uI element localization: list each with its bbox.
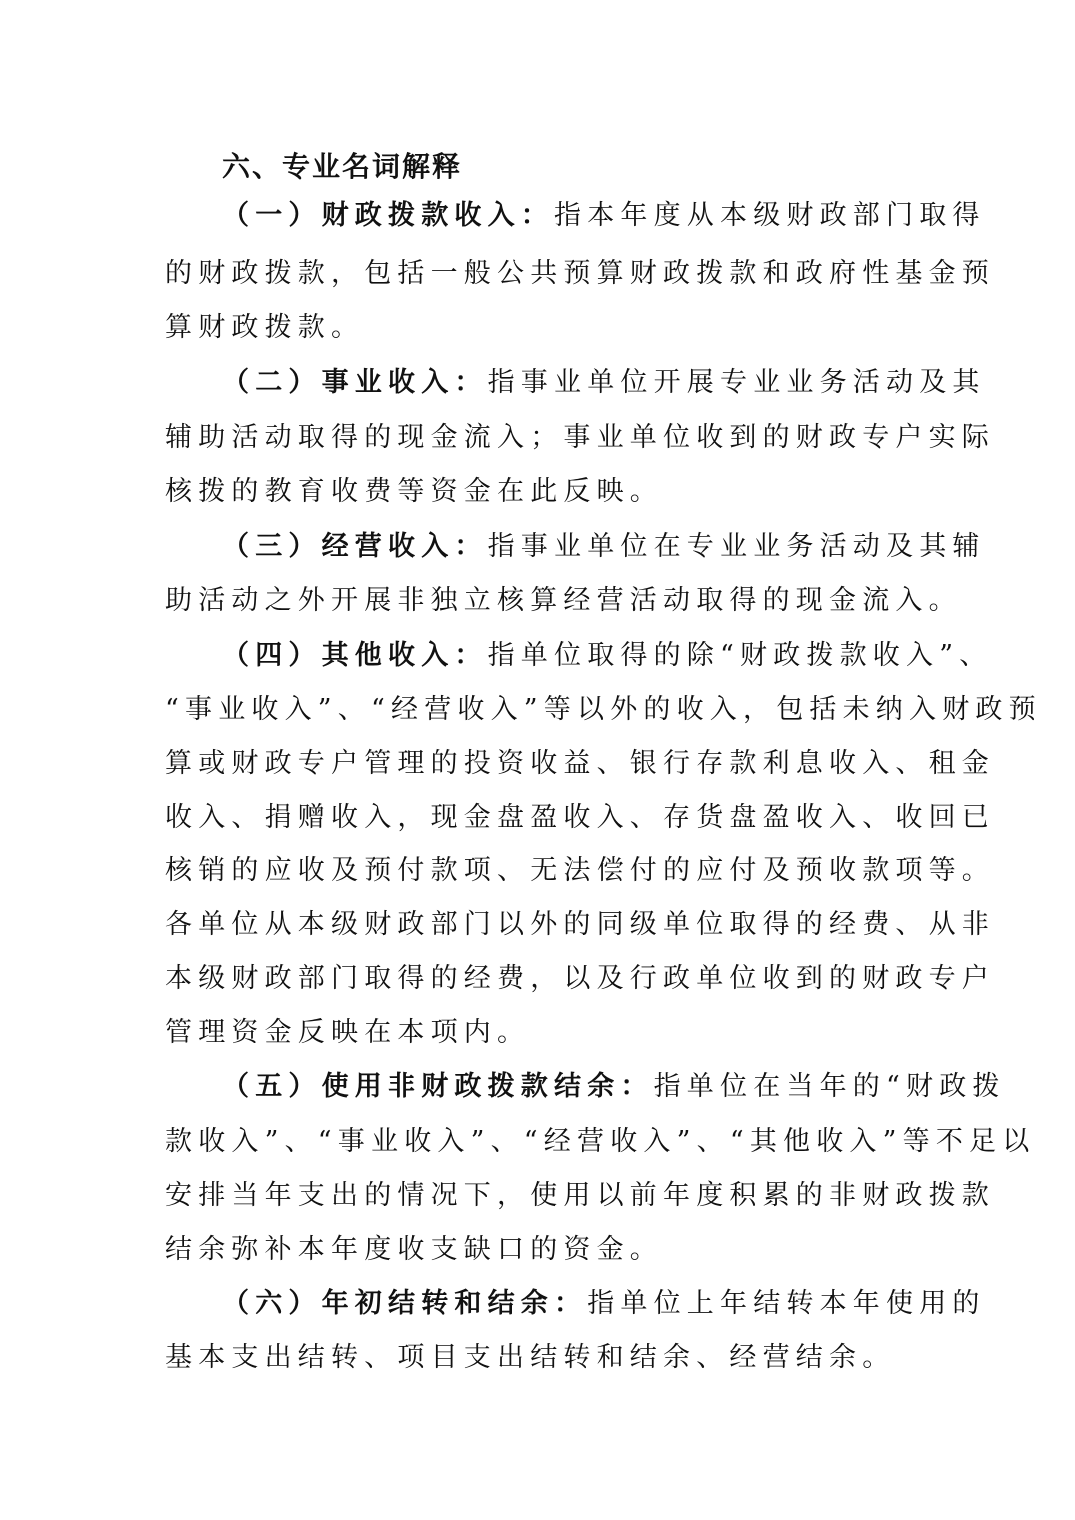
definition-text: 指单位上年结转本年使用的 xyxy=(587,1288,985,1319)
paragraph-line: 核销的应收及预付款项、无法偿付的应付及预收款项等。 xyxy=(165,853,995,889)
paragraph-line: （六）年初结转和结余：指单位上年结转本年使用的 xyxy=(222,1286,986,1322)
paragraph-line: 核拨的教育收费等资金在此反映。 xyxy=(165,474,663,510)
paragraph-line: 款收入”、“事业收入”、“经营收入”、“其他收入”等不足以 xyxy=(165,1124,1035,1160)
document-page: 六、专业名词解释 （一）财政拨款收入：指本年度从本级财政部门取得 的财政拨款，包… xyxy=(0,0,1075,1520)
paragraph-line: （二）事业收入：指事业单位开展专业业务活动及其 xyxy=(222,365,986,401)
paragraph-line: 本级财政部门取得的经费，以及行政单位收到的财政专户 xyxy=(165,961,995,997)
definition-text: 指单位取得的除“财政拨款收入”、 xyxy=(488,640,993,671)
paragraph-line: 结余弥补本年度收支缺口的资金。 xyxy=(165,1232,663,1268)
paragraph-line: （一）财政拨款收入：指本年度从本级财政部门取得 xyxy=(222,198,986,234)
paragraph-line: 收入、捐赠收入，现金盘盈收入、存货盘盈收入、收回已 xyxy=(165,800,995,836)
term-label: （一）财政拨款收入： xyxy=(222,200,554,231)
paragraph-line: 算或财政专户管理的投资收益、银行存款利息收入、租金 xyxy=(165,746,995,782)
term-label: （四）其他收入： xyxy=(222,640,488,671)
paragraph-line: （三）经营收入：指事业单位在专业业务活动及其辅 xyxy=(222,529,986,565)
paragraph-line: 基本支出结转、项目支出结转和结余、经营结余。 xyxy=(165,1340,895,1376)
definition-text: 指单位在当年的“财政拨 xyxy=(654,1071,1006,1102)
term-label: （五）使用非财政拨款结余： xyxy=(222,1071,654,1102)
paragraph-line: （四）其他收入：指单位取得的除“财政拨款收入”、 xyxy=(222,638,992,674)
paragraph-line: 辅助活动取得的现金流入；事业单位收到的财政专户实际 xyxy=(165,420,995,456)
definition-text: 指事业单位开展专业业务活动及其 xyxy=(488,367,986,398)
paragraph-line: 助活动之外开展非独立核算经营活动取得的现金流入。 xyxy=(165,583,962,619)
term-label: （二）事业收入： xyxy=(222,367,488,398)
definition-text: 指事业单位在专业业务活动及其辅 xyxy=(488,531,986,562)
paragraph-line: 算财政拨款。 xyxy=(165,310,364,346)
paragraph-line: “事业收入”、“经营收入”等以外的收入，包括未纳入财政预 xyxy=(165,692,1042,728)
paragraph-line: 各单位从本级财政部门以外的同级单位取得的经费、从非 xyxy=(165,907,995,943)
term-label: （三）经营收入： xyxy=(222,531,488,562)
paragraph-line: 安排当年支出的情况下，使用以前年度积累的非财政拨款 xyxy=(165,1178,995,1214)
definition-text: 指本年度从本级财政部门取得 xyxy=(554,200,986,231)
paragraph-line: 管理资金反映在本项内。 xyxy=(165,1015,530,1051)
paragraph-line: 的财政拨款，包括一般公共预算财政拨款和政府性基金预 xyxy=(165,256,995,292)
paragraph-line: （五）使用非财政拨款结余：指单位在当年的“财政拨 xyxy=(222,1069,1006,1105)
term-label: （六）年初结转和结余： xyxy=(222,1288,587,1319)
section-heading: 六、专业名词解释 xyxy=(222,145,462,185)
